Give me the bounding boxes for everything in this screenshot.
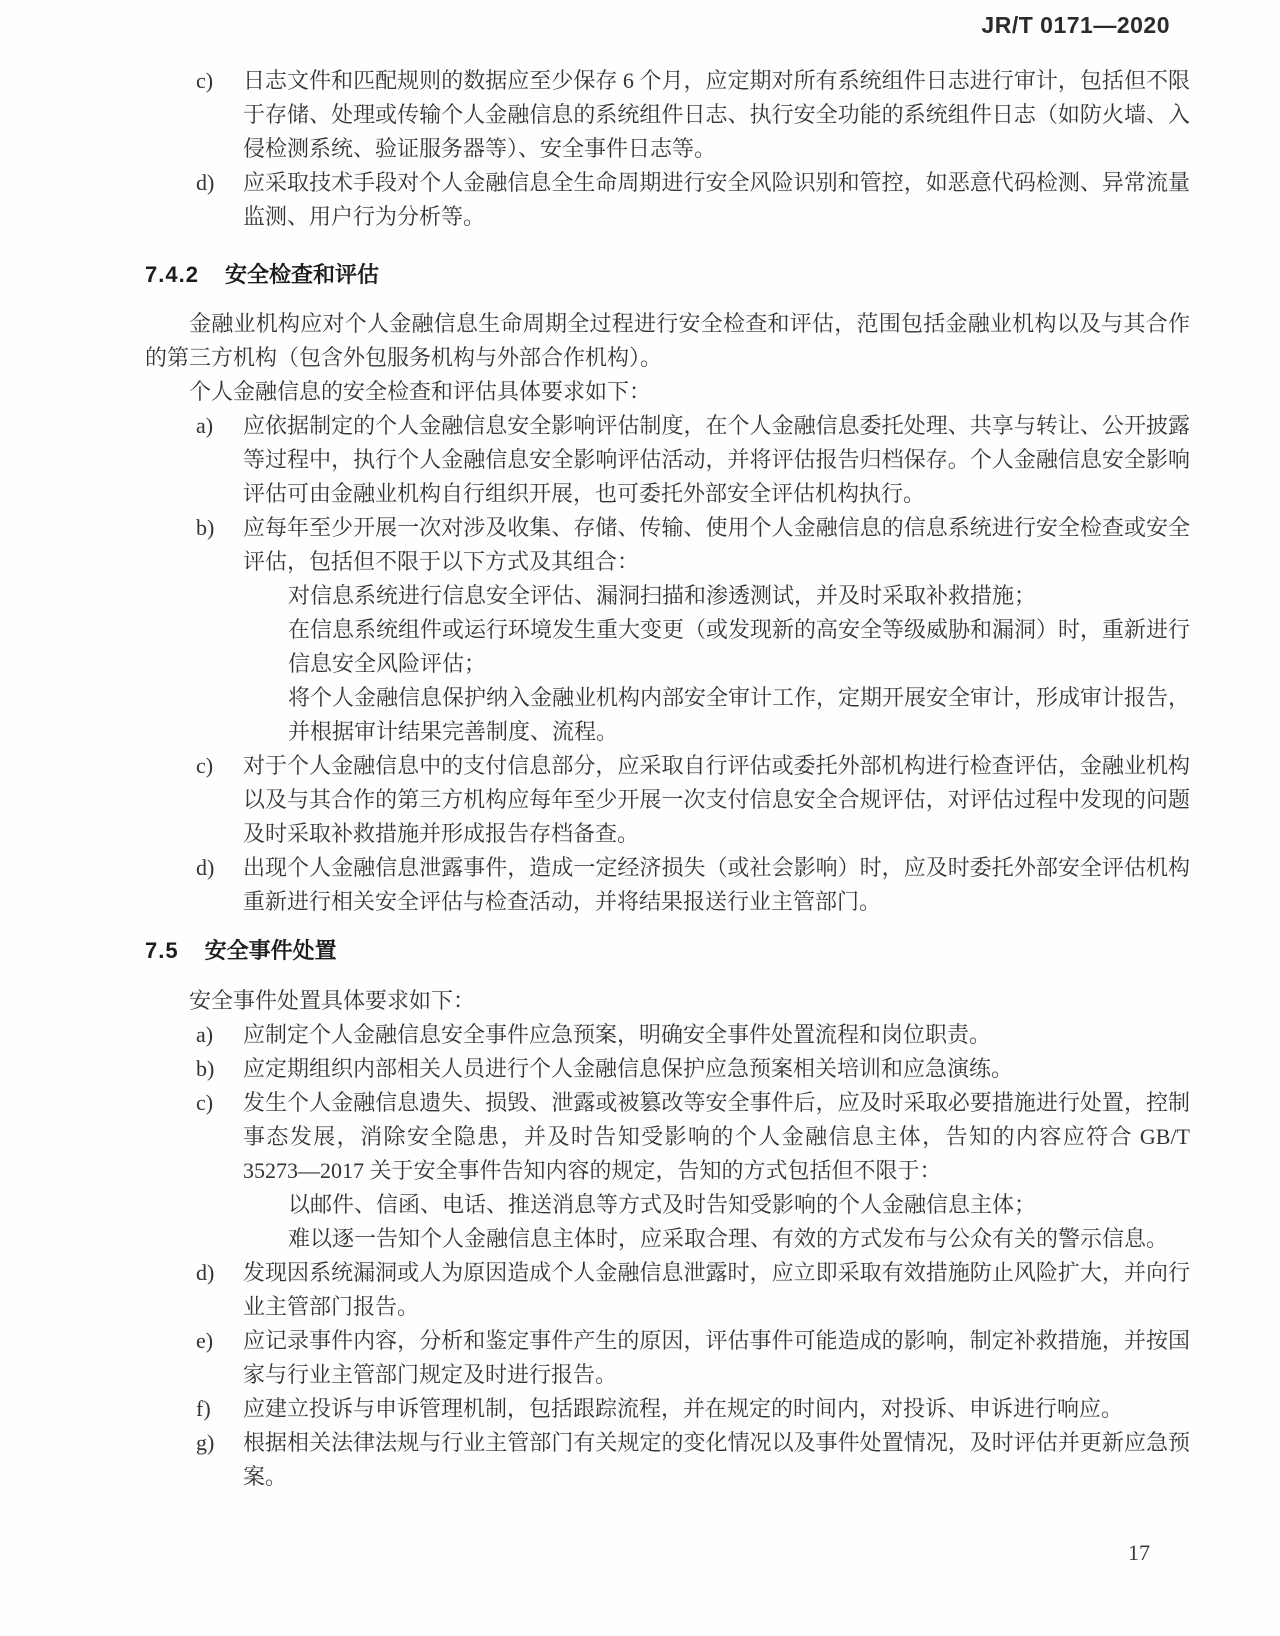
list-item-label: d) bbox=[196, 1256, 243, 1290]
list-item: a) 应依据制定的个人金融信息安全影响评估制度，在个人金融信息委托处理、共享与转… bbox=[145, 409, 1190, 511]
document-page: JR/T 0171—2020 c) 日志文件和匹配规则的数据应至少保存 6 个月… bbox=[0, 0, 1280, 1636]
section-heading-742: 7.4.2安全检查和评估 bbox=[145, 258, 1190, 292]
paragraph: 安全事件处置具体要求如下： bbox=[145, 984, 1190, 1018]
list-item-label: d) bbox=[196, 851, 243, 885]
bullet-item: 将个人金融信息保护纳入金融业机构内部安全审计工作，定期开展安全审计，形成审计报告… bbox=[243, 681, 1190, 749]
heading-number: 7.5 bbox=[145, 938, 179, 963]
list-item: d) 发现因系统漏洞或人为原因造成个人金融信息泄露时，应立即采取有效措施防止风险… bbox=[145, 1256, 1190, 1324]
bullet-item: 以邮件、信函、电话、推送消息等方式及时告知受影响的个人金融信息主体； bbox=[243, 1188, 1190, 1222]
list-item-label: c) bbox=[196, 749, 243, 783]
list-item: c) 发生个人金融信息遗失、损毁、泄露或被篡改等安全事件后，应及时采取必要措施进… bbox=[145, 1086, 1190, 1256]
list-item-lead: 发生个人金融信息遗失、损毁、泄露或被篡改等安全事件后，应及时采取必要措施进行处置… bbox=[243, 1086, 1190, 1188]
standard-code-header: JR/T 0171—2020 bbox=[981, 12, 1170, 39]
intro-list: c) 日志文件和匹配规则的数据应至少保存 6 个月，应定期对所有系统组件日志进行… bbox=[145, 64, 1190, 234]
list-item-label: b) bbox=[196, 1052, 243, 1086]
list-item-text: 发现因系统漏洞或人为原因造成个人金融信息泄露时，应立即采取有效措施防止风险扩大，… bbox=[243, 1256, 1190, 1324]
list-item-text: 应定期组织内部相关人员进行个人金融信息保护应急预案相关培训和应急演练。 bbox=[243, 1052, 1190, 1086]
section-75-list: a) 应制定个人金融信息安全事件应急预案，明确安全事件处置流程和岗位职责。 b)… bbox=[145, 1018, 1190, 1494]
heading-title: 安全检查和评估 bbox=[225, 262, 379, 287]
page-content: c) 日志文件和匹配规则的数据应至少保存 6 个月，应定期对所有系统组件日志进行… bbox=[145, 64, 1190, 1494]
paragraph: 个人金融信息的安全检查和评估具体要求如下： bbox=[145, 375, 1190, 409]
bullet-item: 在信息系统组件或运行环境发生重大变更（或发现新的高安全等级威胁和漏洞）时，重新进… bbox=[243, 613, 1190, 681]
paragraph: 金融业机构应对个人金融信息生命周期全过程进行安全检查和评估，范围包括金融业机构以… bbox=[145, 307, 1190, 375]
list-item-text: 应采取技术手段对个人金融信息全生命周期进行安全风险识别和管控，如恶意代码检测、异… bbox=[243, 166, 1190, 234]
list-item-label: f) bbox=[196, 1392, 243, 1426]
list-item: c) 对于个人金融信息中的支付信息部分，应采取自行评估或委托外部机构进行检查评估… bbox=[145, 749, 1190, 851]
list-item: d) 出现个人金融信息泄露事件，造成一定经济损失（或社会影响）时，应及时委托外部… bbox=[145, 851, 1190, 919]
list-item-text: 出现个人金融信息泄露事件，造成一定经济损失（或社会影响）时，应及时委托外部安全评… bbox=[243, 851, 1190, 919]
bullet-text: 以邮件、信函、电话、推送消息等方式及时告知受影响的个人金融信息主体； bbox=[288, 1188, 1190, 1222]
bullet-text: 在信息系统组件或运行环境发生重大变更（或发现新的高安全等级威胁和漏洞）时，重新进… bbox=[288, 613, 1190, 681]
list-item-label: g) bbox=[196, 1426, 243, 1460]
list-item-text: 应依据制定的个人金融信息安全影响评估制度，在个人金融信息委托处理、共享与转让、公… bbox=[243, 409, 1190, 511]
heading-number: 7.4.2 bbox=[145, 262, 199, 287]
heading-title: 安全事件处置 bbox=[205, 938, 337, 963]
list-item-text: 对于个人金融信息中的支付信息部分，应采取自行评估或委托外部机构进行检查评估，金融… bbox=[243, 749, 1190, 851]
list-item: g) 根据相关法律法规与行业主管部门有关规定的变化情况以及事件处置情况，及时评估… bbox=[145, 1426, 1190, 1494]
list-item-text: 根据相关法律法规与行业主管部门有关规定的变化情况以及事件处置情况，及时评估并更新… bbox=[243, 1426, 1190, 1494]
list-item-label: e) bbox=[196, 1324, 243, 1358]
list-item: c) 日志文件和匹配规则的数据应至少保存 6 个月，应定期对所有系统组件日志进行… bbox=[145, 64, 1190, 166]
list-item-lead: 应每年至少开展一次对涉及收集、存储、传输、使用个人金融信息的信息系统进行安全检查… bbox=[243, 511, 1190, 579]
list-item: b) 应每年至少开展一次对涉及收集、存储、传输、使用个人金融信息的信息系统进行安… bbox=[145, 511, 1190, 749]
list-item-label: a) bbox=[196, 409, 243, 443]
list-item-label: a) bbox=[196, 1018, 243, 1052]
list-item-text: 应制定个人金融信息安全事件应急预案，明确安全事件处置流程和岗位职责。 bbox=[243, 1018, 1190, 1052]
section-heading-75: 7.5安全事件处置 bbox=[145, 934, 1190, 968]
list-item-label: c) bbox=[196, 1086, 243, 1120]
list-item-label: b) bbox=[196, 511, 243, 545]
bullet-text: 将个人金融信息保护纳入金融业机构内部安全审计工作，定期开展安全审计，形成审计报告… bbox=[288, 681, 1190, 749]
bullet-item: 难以逐一告知个人金融信息主体时，应采取合理、有效的方式发布与公众有关的警示信息。 bbox=[243, 1222, 1190, 1256]
list-item: d) 应采取技术手段对个人金融信息全生命周期进行安全风险识别和管控，如恶意代码检… bbox=[145, 166, 1190, 234]
list-item: b) 应定期组织内部相关人员进行个人金融信息保护应急预案相关培训和应急演练。 bbox=[145, 1052, 1190, 1086]
list-item-text: 日志文件和匹配规则的数据应至少保存 6 个月，应定期对所有系统组件日志进行审计，… bbox=[243, 64, 1190, 166]
list-item: a) 应制定个人金融信息安全事件应急预案，明确安全事件处置流程和岗位职责。 bbox=[145, 1018, 1190, 1052]
list-item-text: 应每年至少开展一次对涉及收集、存储、传输、使用个人金融信息的信息系统进行安全检查… bbox=[243, 511, 1190, 749]
section-742-list: a) 应依据制定的个人金融信息安全影响评估制度，在个人金融信息委托处理、共享与转… bbox=[145, 409, 1190, 919]
list-item-label: d) bbox=[196, 166, 243, 200]
list-item: e) 应记录事件内容，分析和鉴定事件产生的原因，评估事件可能造成的影响，制定补救… bbox=[145, 1324, 1190, 1392]
list-item-text: 发生个人金融信息遗失、损毁、泄露或被篡改等安全事件后，应及时采取必要措施进行处置… bbox=[243, 1086, 1190, 1256]
bullet-text: 对信息系统进行信息安全评估、漏洞扫描和渗透测试，并及时采取补救措施； bbox=[288, 579, 1190, 613]
list-item-text: 应记录事件内容，分析和鉴定事件产生的原因，评估事件可能造成的影响，制定补救措施，… bbox=[243, 1324, 1190, 1392]
list-item: f) 应建立投诉与申诉管理机制，包括跟踪流程，并在规定的时间内，对投诉、申诉进行… bbox=[145, 1392, 1190, 1426]
list-item-label: c) bbox=[196, 64, 243, 98]
page-number: 17 bbox=[1128, 1540, 1150, 1566]
bullet-text: 难以逐一告知个人金融信息主体时，应采取合理、有效的方式发布与公众有关的警示信息。 bbox=[288, 1222, 1190, 1256]
list-item-text: 应建立投诉与申诉管理机制，包括跟踪流程，并在规定的时间内，对投诉、申诉进行响应。 bbox=[243, 1392, 1190, 1426]
bullet-item: 对信息系统进行信息安全评估、漏洞扫描和渗透测试，并及时采取补救措施； bbox=[243, 579, 1190, 613]
